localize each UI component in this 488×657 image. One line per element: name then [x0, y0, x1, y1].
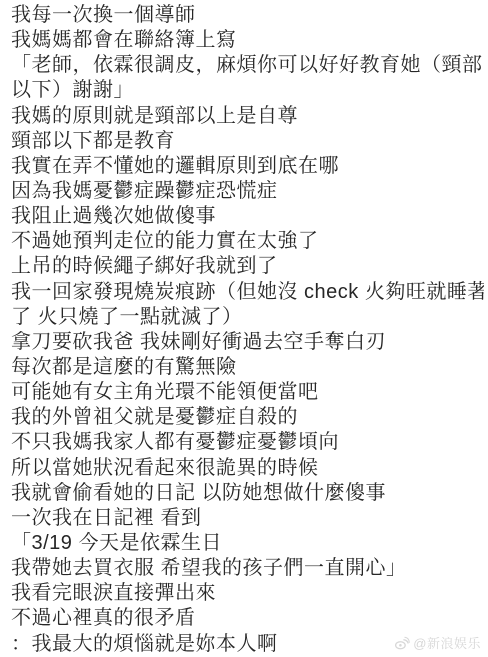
post-line: 頸部以下都是教育: [11, 129, 484, 154]
post-line: 我媽媽都會在聯絡簿上寫: [11, 28, 484, 53]
post-text: 我每一次換一個導師我媽媽都會在聯絡簿上寫「老師，依霖很調皮，麻煩你可以好好教育她…: [11, 3, 484, 657]
post-line: 我的外曾祖父就是憂鬱症自殺的: [11, 405, 484, 430]
post-line: 不過她預判走位的能力實在太強了: [11, 229, 484, 254]
post-line: 因為我媽憂鬱症躁鬱症恐慌症: [11, 179, 484, 204]
post-line: 我實在弄不懂她的邏輯原則到底在哪: [11, 154, 484, 179]
weibo-logo-icon: [394, 636, 410, 650]
post-line: 我一回家發現燒炭痕跡（但她沒 check 火夠旺就睡著: [11, 280, 484, 305]
post-line: 每次都是這麼的有驚無險: [11, 355, 484, 380]
post-line: 我阻止過幾次她做傻事: [11, 204, 484, 229]
post-line: 上吊的時候繩子綁好我就到了: [11, 254, 484, 279]
post-line: 拿刀要砍我爸 我妹剛好衝過去空手奪白刃: [11, 330, 484, 355]
watermark-handle: @新浪娱乐: [413, 633, 481, 652]
post-line: 不只我媽我家人都有憂鬱症憂鬱頃向: [11, 430, 484, 455]
post-line: 所以當她狀況看起來很詭異的時候: [11, 456, 484, 481]
post-line: 我就會偷看她的日記 以防她想做什麼傻事: [11, 481, 484, 506]
post-line: 我看完眼淚直接彈出來: [11, 581, 484, 606]
post-line: 我每一次換一個導師: [11, 3, 484, 28]
post-line: 我媽的原則就是頸部以上是自尊: [11, 104, 484, 129]
post-line: 「老師，依霖很調皮，麻煩你可以好好教育她（頸部: [11, 53, 484, 78]
post-line: 不過心裡真的很矛盾: [11, 606, 484, 631]
post-line: 以下）謝謝」: [11, 78, 484, 103]
post-line: 我帶她去買衣服 希望我的孩子們一直開心」: [11, 556, 484, 581]
post-line: 可能她有女主角光環不能領便當吧: [11, 380, 484, 405]
post-line: 了 火只燒了一點就滅了）: [11, 305, 484, 330]
post-line: 一次我在日記裡 看到: [11, 506, 484, 531]
post-line: 「3/19 今天是依霖生日: [11, 531, 484, 556]
watermark: @新浪娱乐: [394, 633, 481, 652]
